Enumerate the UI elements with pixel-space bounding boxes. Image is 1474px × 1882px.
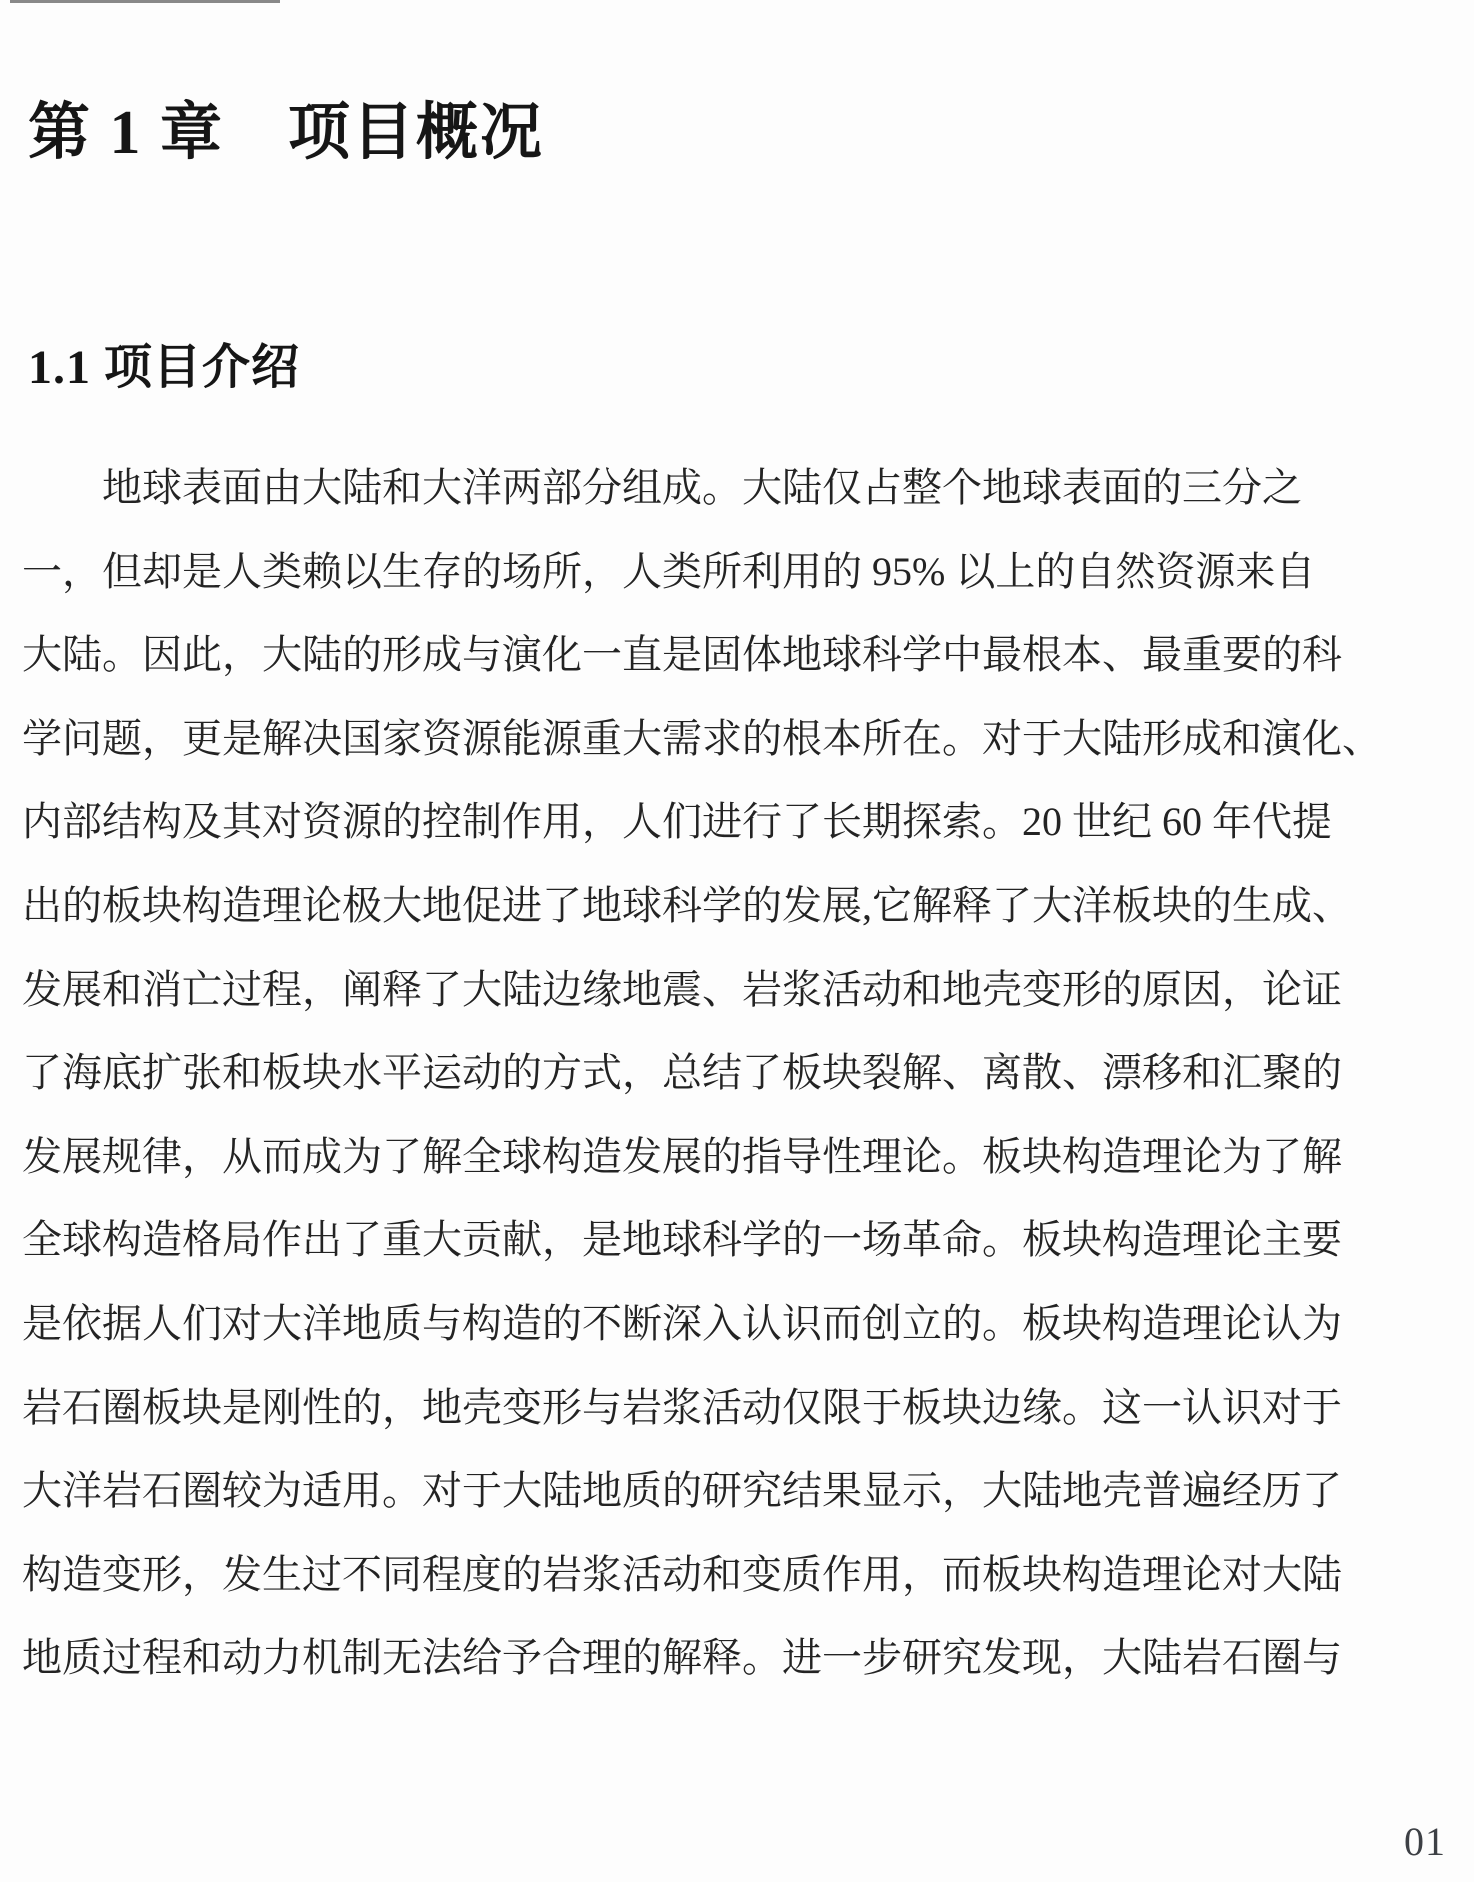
document-page: 第 1 章 项目概况 1.1 项目介绍 地球表面由大陆和大洋两部分组成。大陆仅占… <box>0 0 1474 1882</box>
paragraph-line: 学问题，更是解决国家资源能源重大需求的根本所在。对于大陆形成和演化、 <box>22 697 1206 781</box>
paragraph-line: 发展和消亡过程，阐释了大陆边缘地震、岩浆活动和地壳变形的原因，论证 <box>22 948 1206 1032</box>
paragraph-line: 大陆。因此，大陆的形成与演化一直是固体地球科学中最根本、最重要的科 <box>22 613 1206 697</box>
page-number: 01 <box>1404 1818 1446 1865</box>
paragraph-line: 全球构造格局作出了重大贡献，是地球科学的一场革命。板块构造理论主要 <box>22 1198 1206 1282</box>
paragraph-line: 一，但却是人类赖以生存的场所，人类所利用的 95% 以上的自然资源来自 <box>22 530 1206 614</box>
paragraph-line: 是依据人们对大洋地质与构造的不断深入认识而创立的。板块构造理论认为 <box>22 1282 1206 1366</box>
paragraph-line: 岩石圈板块是刚性的，地壳变形与岩浆活动仅限于板块边缘。这一认识对于 <box>22 1366 1206 1450</box>
paragraph-line: 内部结构及其对资源的控制作用，人们进行了长期探索。20 世纪 60 年代提 <box>22 780 1206 864</box>
body-paragraph: 地球表面由大陆和大洋两部分组成。大陆仅占整个地球表面的三分之 一，但却是人类赖以… <box>22 446 1206 1700</box>
paragraph-line: 大洋岩石圈较为适用。对于大陆地质的研究结果显示，大陆地壳普遍经历了 <box>22 1449 1206 1533</box>
paragraph-line: 地质过程和动力机制无法给予合理的解释。进一步研究发现，大陆岩石圈与 <box>22 1616 1206 1700</box>
section-heading: 1.1 项目介绍 <box>28 328 300 397</box>
paragraph-line: 了海底扩张和板块水平运动的方式，总结了板块裂解、离散、漂移和汇聚的 <box>22 1031 1206 1115</box>
paragraph-line: 构造变形，发生过不同程度的岩浆活动和变质作用，而板块构造理论对大陆 <box>22 1533 1206 1617</box>
paragraph-line: 出的板块构造理论极大地促进了地球科学的发展,它解释了大洋板块的生成、 <box>22 864 1206 948</box>
paragraph-line: 地球表面由大陆和大洋两部分组成。大陆仅占整个地球表面的三分之 <box>22 446 1206 530</box>
scan-artifact-line <box>10 0 280 3</box>
paragraph-line: 发展规律，从而成为了解全球构造发展的指导性理论。板块构造理论为了解 <box>22 1115 1206 1199</box>
chapter-title: 第 1 章 项目概况 <box>28 82 544 171</box>
